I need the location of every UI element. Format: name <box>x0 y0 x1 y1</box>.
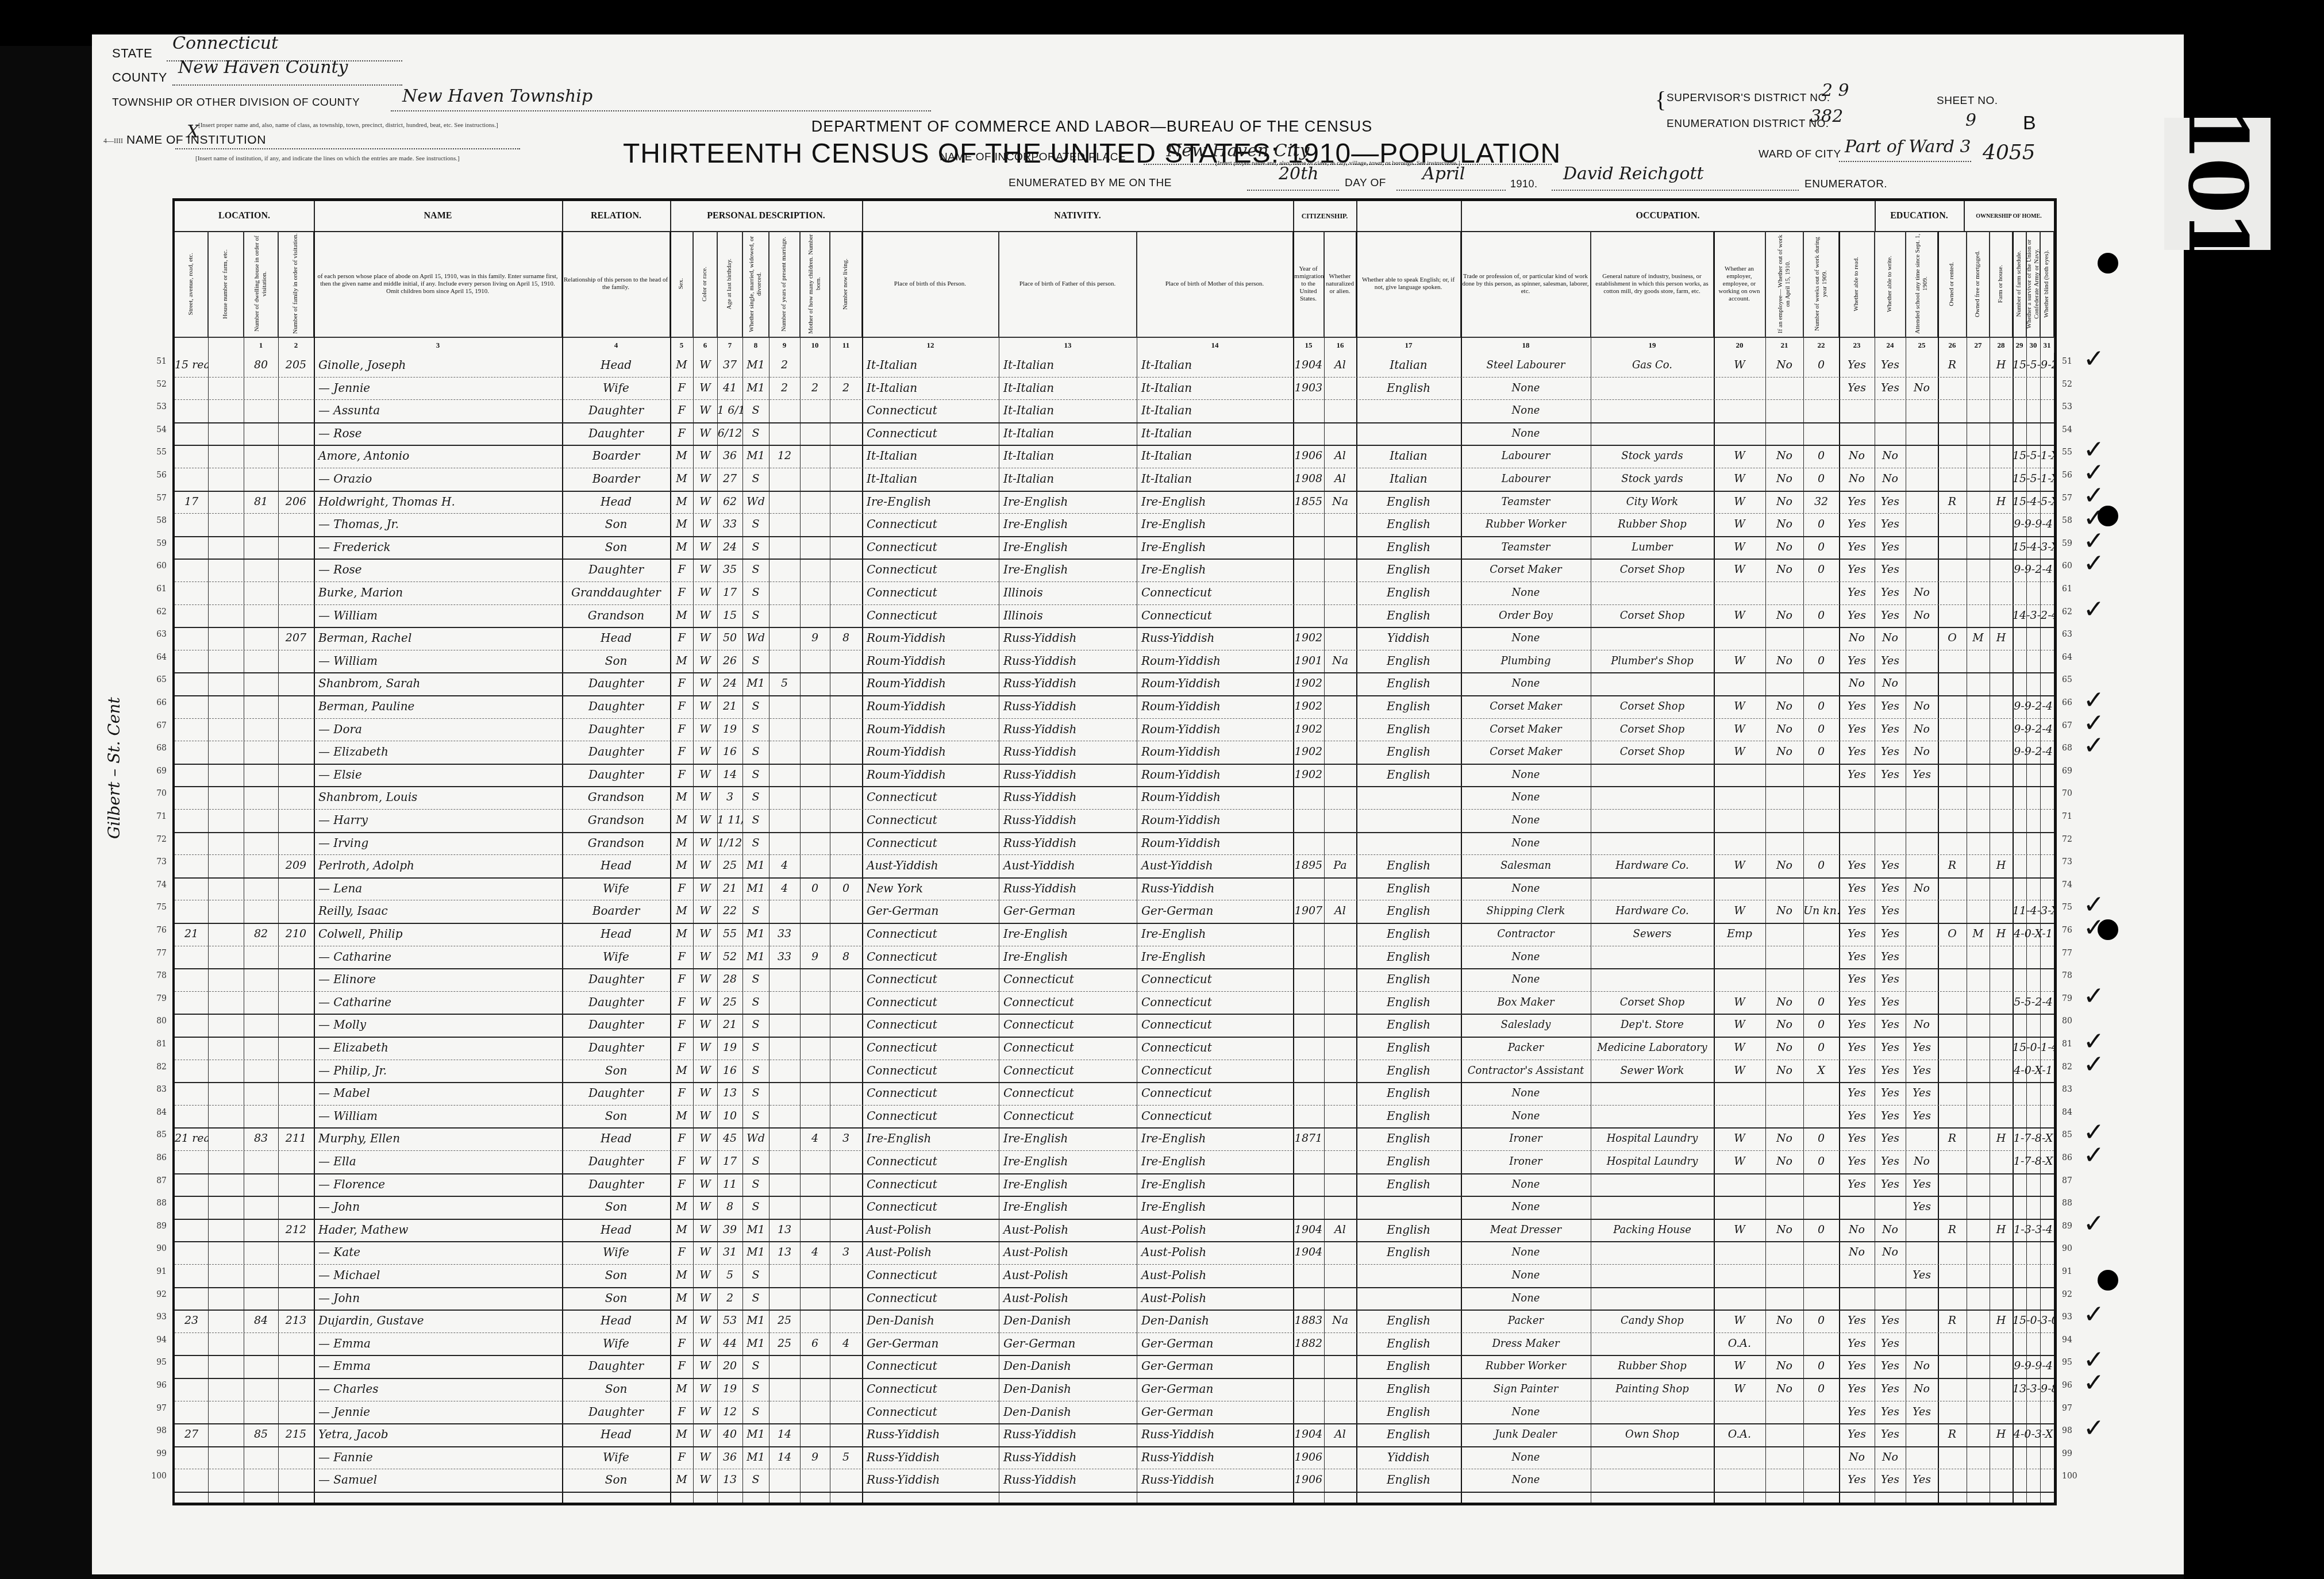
cell-write: Yes <box>1875 491 1906 514</box>
cell-rel: Son <box>562 1469 670 1492</box>
cell-born: 9 <box>800 1446 830 1469</box>
cell-industry: Gas Co. <box>1591 354 1714 377</box>
column-header-label: Whether able to write. <box>1886 256 1894 312</box>
cell-code <box>2013 854 2054 877</box>
column-header-label: Relationship of this person to the head … <box>563 276 668 291</box>
cell-emp: W <box>1714 513 1765 536</box>
cell-yrs <box>769 559 800 581</box>
cell-code: 14-3-2-4 <box>2013 604 2054 627</box>
column-number: 17 <box>1356 337 1461 353</box>
cell-emp: W <box>1714 854 1765 877</box>
cell-fpob: Russ-Yiddish <box>999 786 1141 809</box>
cell-read: Yes <box>1839 604 1875 627</box>
cell-pob: Ire-English <box>862 1127 1003 1150</box>
cell-race: W <box>693 627 717 650</box>
cell-school: Yes <box>1906 1173 1938 1196</box>
cell-free <box>1967 604 1990 627</box>
cell-name: — Emma <box>314 1332 567 1355</box>
county-label: County <box>112 70 167 85</box>
cell-wks <box>1803 422 1839 445</box>
column-header: Number of dwelling house in order of vis… <box>244 231 278 337</box>
cell-dwelling <box>244 1401 278 1424</box>
cell-school <box>1906 536 1938 559</box>
table-row: — EmmaWifeFW44M12564Ger-GermanGer-German… <box>175 1332 2054 1357</box>
cell-family <box>278 650 314 673</box>
cell-rel: Head <box>562 1423 670 1446</box>
cell-own <box>1938 1173 1967 1196</box>
cell-mar: S <box>742 1264 769 1287</box>
cell-family <box>278 968 314 991</box>
cell-race: W <box>693 1127 717 1150</box>
cell-mpob: It-Italian <box>1137 468 1298 491</box>
cell-age: 20 <box>717 1355 742 1378</box>
line-number-left: 70 <box>144 789 167 798</box>
line-number-left: 53 <box>144 402 167 411</box>
cell-lang <box>1356 399 1461 422</box>
cell-lang: English <box>1356 1241 1461 1264</box>
cell-read: Yes <box>1839 1127 1875 1150</box>
cell-fpob: Ger-German <box>999 1332 1141 1355</box>
cell-living <box>830 923 862 946</box>
cell-imm: 1902 <box>1293 672 1324 695</box>
cell-imm: 1908 <box>1293 468 1324 491</box>
cell-mar: S <box>742 1355 769 1378</box>
cell-sex: M <box>670 854 693 877</box>
cell-own <box>1938 604 1967 627</box>
cell-house <box>175 1105 208 1128</box>
cell-lang: English <box>1356 1127 1461 1150</box>
cell-sex: F <box>670 968 693 991</box>
cell-lang: English <box>1356 1037 1461 1060</box>
cell-out: No <box>1765 900 1803 923</box>
cell-industry: Hardware Co. <box>1591 854 1714 877</box>
cell-rel: Daughter <box>562 695 670 718</box>
cell-family <box>278 1287 314 1310</box>
cell-rel: Grandson <box>562 832 670 855</box>
cell-lang: English <box>1356 1355 1461 1378</box>
cell-age: 15 <box>717 604 742 627</box>
cell-nat <box>1324 832 1356 855</box>
cell-born <box>800 1310 830 1332</box>
cell-yrs <box>769 1037 800 1060</box>
cell-lang: English <box>1356 695 1461 718</box>
cell-write: Yes <box>1875 946 1906 969</box>
cell-born <box>800 1469 830 1492</box>
cell-trade: None <box>1461 809 1591 832</box>
cell-free <box>1967 650 1990 673</box>
cell-living <box>830 672 862 695</box>
cell-mpob: Connecticut <box>1137 1060 1298 1083</box>
cell-born: 2 <box>800 377 830 400</box>
cell-nat: Al <box>1324 354 1356 377</box>
cell-living <box>830 468 862 491</box>
cell-yrs <box>769 718 800 741</box>
cell-wks: 0 <box>1803 650 1839 673</box>
sheet-number-label: Sheet No. <box>1937 95 1998 107</box>
cell-living <box>830 1150 862 1173</box>
cell-own <box>1938 650 1967 673</box>
cell-school: No <box>1906 695 1938 718</box>
cell-mpob: Ire-English <box>1137 923 1298 946</box>
cell-farm: H <box>1990 923 2013 946</box>
cell-rel: Daughter <box>562 559 670 581</box>
column-header-label: Whether able to read. <box>1853 257 1860 311</box>
cell-lang: English <box>1356 877 1461 900</box>
cell-age: 5 <box>717 1264 742 1287</box>
cell-lang: English <box>1356 672 1461 695</box>
cell-out: No <box>1765 1037 1803 1060</box>
column-header-label: Number of family in order of visitation. <box>292 233 299 334</box>
cell-own <box>1938 1105 1967 1128</box>
cell-wks: 0 <box>1803 559 1839 581</box>
cell-trade: Box Maker <box>1461 991 1591 1014</box>
cell-industry: Lumber <box>1591 536 1714 559</box>
cell-emp: W <box>1714 650 1765 673</box>
cell-dwelling <box>244 991 278 1014</box>
cell-house <box>175 468 208 491</box>
cell-emp <box>1714 809 1765 832</box>
cell-born <box>800 604 830 627</box>
cell-nat: Na <box>1324 1310 1356 1332</box>
cell-mar: S <box>742 968 769 991</box>
cell-nat <box>1324 672 1356 695</box>
cell-dwelling <box>244 1355 278 1378</box>
cell-house <box>175 832 208 855</box>
cell-code <box>2013 1105 2054 1128</box>
line-number-right: 91 <box>2062 1267 2085 1276</box>
cell-living <box>830 764 862 787</box>
cell-wks <box>1803 1401 1839 1424</box>
cell-mar: S <box>742 1287 769 1310</box>
cell-own <box>1938 718 1967 741</box>
cell-nat <box>1324 1082 1356 1105</box>
cell-house <box>175 877 208 900</box>
cell-lang: English <box>1356 581 1461 604</box>
cell-name: Colwell, Philip <box>314 923 567 946</box>
table-row: Reilly, IsaacBoarderMW22SGer-GermanGer-G… <box>175 900 2054 924</box>
cell-fpob: Aust-Polish <box>999 1264 1141 1287</box>
cell-family: 210 <box>278 923 314 946</box>
cell-fpob: Ire-English <box>999 923 1141 946</box>
cell-family <box>278 1378 314 1401</box>
column-header: Number of years of present marriage. <box>769 231 800 337</box>
cell-mar: S <box>742 559 769 581</box>
cell-name: — Irving <box>314 832 567 855</box>
cell-out: No <box>1765 1310 1803 1332</box>
cell-race: W <box>693 604 717 627</box>
cell-mar: M1 <box>742 354 769 377</box>
cell-free <box>1967 377 1990 400</box>
cell-mpob: Ire-English <box>1137 491 1298 514</box>
cell-fpob: Aust-Polish <box>999 1219 1141 1242</box>
cell-living: 8 <box>830 946 862 969</box>
cell-out <box>1765 1401 1803 1424</box>
cell-house <box>175 377 208 400</box>
census-table: LOCATION. NAME RELATION. PERSONAL DESCRI… <box>172 198 2057 1505</box>
cell-dwelling: 84 <box>244 1310 278 1332</box>
table-row: — EmmaDaughterFW20SConnecticutDen-Danish… <box>175 1355 2054 1379</box>
cell-rel: Daughter <box>562 422 670 445</box>
cell-born <box>800 445 830 468</box>
cell-own <box>1938 1241 1967 1264</box>
cell-sex: F <box>670 1150 693 1173</box>
cell-mar: M1 <box>742 877 769 900</box>
line-number-left: 98 <box>144 1426 167 1435</box>
cell-free <box>1967 695 1990 718</box>
cell-industry: Corset Shop <box>1591 991 1714 1014</box>
cell-free <box>1967 1150 1990 1173</box>
cell-dwelling <box>244 422 278 445</box>
cell-pob: Connecticut <box>862 1264 1003 1287</box>
cell-farm <box>1990 786 2013 809</box>
cell-rel: Wife <box>562 946 670 969</box>
cell-fpob: Ire-English <box>999 559 1141 581</box>
cell-family: 215 <box>278 1423 314 1446</box>
cell-industry: City Work <box>1591 491 1714 514</box>
cell-imm <box>1293 991 1324 1014</box>
cell-lang: English <box>1356 741 1461 764</box>
cell-emp: W <box>1714 900 1765 923</box>
cell-imm: 1906 <box>1293 445 1324 468</box>
cell-living <box>830 445 862 468</box>
cell-trade: None <box>1461 672 1591 695</box>
column-header: Whether able to read. <box>1839 231 1875 337</box>
cell-race: W <box>693 832 717 855</box>
column-number: 3 <box>314 337 563 353</box>
cell-age: 19 <box>717 1378 742 1401</box>
cell-emp: O.A. <box>1714 1332 1765 1355</box>
cell-name: — Fannie <box>314 1446 567 1469</box>
column-header: Whether an employer, employee, or workin… <box>1714 231 1765 337</box>
cell-pob: Connecticut <box>862 1401 1003 1424</box>
cell-free <box>1967 1173 1990 1196</box>
cell-free <box>1967 1401 1990 1424</box>
cell-imm <box>1293 1014 1324 1037</box>
table-row: — MollyDaughterFW21SConnecticutConnectic… <box>175 1014 2054 1038</box>
cell-read: Yes <box>1839 968 1875 991</box>
cell-school: No <box>1906 1014 1938 1037</box>
cell-school: Yes <box>1906 1401 1938 1424</box>
cell-age: 1 11/12 <box>717 809 742 832</box>
cell-imm: 1901 <box>1293 650 1324 673</box>
cell-living <box>830 581 862 604</box>
cell-industry: Rubber Shop <box>1591 513 1714 536</box>
cell-yrs <box>769 491 800 514</box>
cell-house <box>175 604 208 627</box>
cell-sex: F <box>670 741 693 764</box>
cell-wks <box>1803 1173 1839 1196</box>
cell-rel: Head <box>562 491 670 514</box>
cell-mar: M1 <box>742 1310 769 1332</box>
column-header: Color or race. <box>693 231 717 337</box>
cell-read: Yes <box>1839 1150 1875 1173</box>
cell-out: No <box>1765 854 1803 877</box>
cell-wks: 0 <box>1803 695 1839 718</box>
day-line <box>1247 190 1339 191</box>
cell-read: No <box>1839 627 1875 650</box>
cell-free <box>1967 991 1990 1014</box>
cell-wks <box>1803 1469 1839 1492</box>
cell-industry <box>1591 764 1714 787</box>
cell-name: Holdwright, Thomas H. <box>314 491 567 514</box>
cell-industry: Rubber Shop <box>1591 1355 1714 1378</box>
cell-free <box>1967 1060 1990 1083</box>
group-occupation: OCCUPATION. <box>1461 201 1876 232</box>
cell-house <box>175 718 208 741</box>
cell-free <box>1967 968 1990 991</box>
cell-nat <box>1324 559 1356 581</box>
cell-imm <box>1293 923 1324 946</box>
cell-mpob: It-Italian <box>1137 422 1298 445</box>
cell-race: W <box>693 1014 717 1037</box>
stamp-number: 4055 <box>1983 141 2036 164</box>
cell-age: 16 <box>717 741 742 764</box>
cell-own <box>1938 445 1967 468</box>
film-tab-label: 101 <box>2164 118 2271 250</box>
line-number-left: 97 <box>144 1404 167 1413</box>
table-row: — JennieDaughterFW12SConnecticutDen-Dani… <box>175 1401 2054 1425</box>
cell-yrs <box>769 968 800 991</box>
column-header-label: Color or race. <box>701 267 709 302</box>
cell-wks <box>1803 809 1839 832</box>
cell-own <box>1938 1287 1967 1310</box>
cell-living <box>830 741 862 764</box>
cell-emp: W <box>1714 354 1765 377</box>
cell-pob: Roum-Yiddish <box>862 695 1003 718</box>
table-row: 209Perlroth, AdolphHeadMW25M14Aust-Yiddi… <box>175 854 2054 879</box>
cell-born <box>800 1014 830 1037</box>
cell-imm: 1906 <box>1293 1446 1324 1469</box>
cell-nat <box>1324 1241 1356 1264</box>
cell-fpob: Russ-Yiddish <box>999 1446 1141 1469</box>
cell-trade: Corset Maker <box>1461 718 1591 741</box>
cell-age: 17 <box>717 1150 742 1173</box>
county-line <box>172 84 402 86</box>
cell-trade: None <box>1461 1241 1591 1264</box>
column-header-label: of each person whose place of abode on A… <box>315 273 560 295</box>
group-name: NAME <box>314 201 563 232</box>
cell-code: 5-5-2-4 <box>2013 991 2054 1014</box>
cell-dwelling <box>244 1332 278 1355</box>
cell-wks <box>1803 1332 1839 1355</box>
cell-age: 2 <box>717 1287 742 1310</box>
cell-pob: Roum-Yiddish <box>862 650 1003 673</box>
cell-mar: M1 <box>742 1423 769 1446</box>
cell-age: 22 <box>717 900 742 923</box>
column-number: 18 <box>1461 337 1591 353</box>
cell-school: Yes <box>1906 1196 1938 1219</box>
check-mark-icon: ✓ <box>2083 981 2104 1011</box>
cell-trade: None <box>1461 1082 1591 1105</box>
cell-imm <box>1293 809 1324 832</box>
cell-wks: 0 <box>1803 354 1839 377</box>
county-value: New Haven County <box>178 57 348 78</box>
cell-mar: S <box>742 1037 769 1060</box>
cell-fpob: Ire-English <box>999 1196 1141 1219</box>
cell-own <box>1938 399 1967 422</box>
cell-code <box>2013 764 2054 787</box>
cell-family <box>278 877 314 900</box>
cell-trade: None <box>1461 399 1591 422</box>
cell-lang: Italian <box>1356 354 1461 377</box>
cell-imm <box>1293 1082 1324 1105</box>
cell-living <box>830 1082 862 1105</box>
line-number-left: 55 <box>144 448 167 457</box>
cell-nat: Pa <box>1324 854 1356 877</box>
cell-free <box>1967 1219 1990 1242</box>
cell-wks <box>1803 877 1839 900</box>
cell-sex: M <box>670 445 693 468</box>
cell-own: O <box>1938 923 1967 946</box>
cell-mpob: Aust-Polish <box>1137 1264 1298 1287</box>
cell-school <box>1906 1446 1938 1469</box>
table-row: Shanbrom, SarahDaughterFW24M15Roum-Yiddi… <box>175 672 2054 696</box>
cell-school: Yes <box>1906 1264 1938 1287</box>
cell-nat: Na <box>1324 650 1356 673</box>
cell-pob: It-Italian <box>862 468 1003 491</box>
line-number-left: 67 <box>144 721 167 730</box>
cell-imm: 1902 <box>1293 741 1324 764</box>
cell-imm <box>1293 1060 1324 1083</box>
cell-mpob: Aust-Yiddish <box>1137 854 1298 877</box>
cell-farm <box>1990 1150 2013 1173</box>
cell-read: Yes <box>1839 718 1875 741</box>
cell-farm <box>1990 1332 2013 1355</box>
cell-wks <box>1803 581 1839 604</box>
cell-lang: English <box>1356 1423 1461 1446</box>
cell-family: 205 <box>278 354 314 377</box>
cell-lang: English <box>1356 718 1461 741</box>
cell-fpob: Connecticut <box>999 1105 1141 1128</box>
cell-sex: F <box>670 559 693 581</box>
cell-school <box>1906 468 1938 491</box>
line-number-left: 61 <box>144 584 167 594</box>
cell-mpob: It-Italian <box>1137 399 1298 422</box>
cell-rel: Daughter <box>562 1401 670 1424</box>
cell-industry <box>1591 832 1714 855</box>
cell-race: W <box>693 1037 717 1060</box>
cell-pob: Connecticut <box>862 991 1003 1014</box>
line-number-left: 84 <box>144 1108 167 1117</box>
cell-trade: Meat Dresser <box>1461 1219 1591 1242</box>
cell-mpob: Ger-German <box>1137 1332 1298 1355</box>
cell-wks <box>1803 1196 1839 1219</box>
column-header-label: Place of birth of this Person. <box>894 280 966 288</box>
cell-age: 14 <box>717 764 742 787</box>
cell-living <box>830 1469 862 1492</box>
cell-family <box>278 1355 314 1378</box>
cell-race: W <box>693 1173 717 1196</box>
cell-name: — Philip, Jr. <box>314 1060 567 1083</box>
cell-name: Hader, Mathew <box>314 1219 567 1242</box>
cell-living <box>830 1310 862 1332</box>
cell-wks: 0 <box>1803 1127 1839 1150</box>
cell-name: — Jennie <box>314 1401 567 1424</box>
table-row: — EllaDaughterFW17SConnecticutIre-Englis… <box>175 1150 2054 1174</box>
line-number-left: 86 <box>144 1153 167 1162</box>
cell-pob: Den-Danish <box>862 1310 1003 1332</box>
cell-sex: M <box>670 1469 693 1492</box>
cell-name: — Emma <box>314 1355 567 1378</box>
cell-rel: Grandson <box>562 809 670 832</box>
column-number <box>175 337 209 353</box>
cell-yrs: 5 <box>769 672 800 695</box>
cell-out: No <box>1765 354 1803 377</box>
cell-born <box>800 513 830 536</box>
cell-sex: F <box>670 877 693 900</box>
cell-house <box>175 1060 208 1083</box>
group-location: LOCATION. <box>175 201 315 232</box>
